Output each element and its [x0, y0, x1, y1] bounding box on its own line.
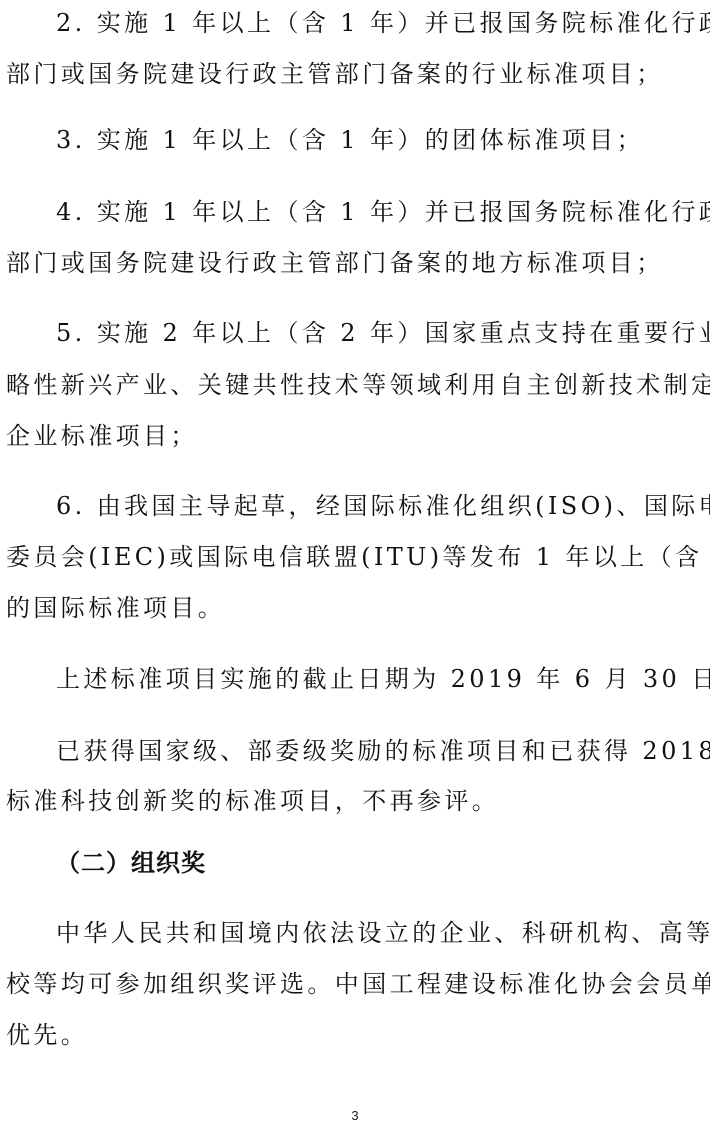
- org-award-line-2: 校等均可参加组织奖评选。中国工程建设标准化协会会员单位: [6, 969, 710, 999]
- item-6-line-1: 6. 由我国主导起草，经国际标准化组织(ISO)、国际电工: [56, 491, 710, 521]
- item-5-line-1: 5. 实施 2 年以上（含 2 年）国家重点支持在重要行业、战: [56, 318, 710, 348]
- exclusion-line-1: 已获得国家级、部委级奖励的标准项目和已获得 2018 年度: [56, 736, 710, 766]
- org-award-line-1: 中华人民共和国境内依法设立的企业、科研机构、高等院: [56, 918, 710, 948]
- item-5-line-3: 企业标准项目；: [6, 421, 198, 451]
- section-heading: （二）组织奖: [56, 848, 206, 878]
- item-4-line-2: 部门或国务院建设行政主管部门备案的地方标准项目；: [6, 248, 664, 278]
- org-award-line-3: 优先。: [6, 1020, 88, 1050]
- item-2-line-2: 部门或国务院建设行政主管部门备案的行业标准项目；: [6, 59, 664, 89]
- exclusion-line-2: 标准科技创新奖的标准项目，不再参评。: [6, 786, 499, 816]
- item-6-line-2: 委员会(IEC)或国际电信联盟(ITU)等发布 1 年以上（含 1 年）: [6, 542, 710, 572]
- item-3-line-1: 3. 实施 1 年以上（含 1 年）的团体标准项目；: [56, 125, 644, 155]
- deadline-line: 上述标准项目实施的截止日期为 2019 年 6 月 30 日。: [56, 664, 710, 694]
- page-number: 3: [0, 1108, 710, 1123]
- item-5-line-2: 略性新兴产业、关键共性技术等领域利用自主创新技术制定的: [6, 370, 710, 400]
- item-6-line-3: 的国际标准项目。: [6, 593, 225, 623]
- item-2-line-1: 2. 实施 1 年以上（含 1 年）并已报国务院标准化行政主管: [56, 8, 710, 38]
- item-4-line-1: 4. 实施 1 年以上（含 1 年）并已报国务院标准化行政主管: [56, 197, 710, 227]
